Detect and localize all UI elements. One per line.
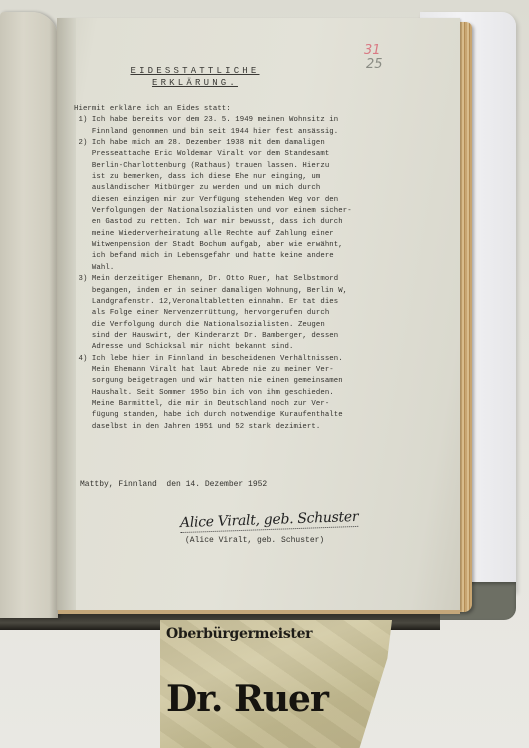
- armband-title: Oberbürgermeister: [166, 626, 312, 642]
- title-line-1: EIDESSTATTLICHE: [116, 65, 274, 77]
- paragraph-4: 4) Ich lebe hier in Finnland in bescheid…: [74, 354, 454, 433]
- place-date-line: Mattby, Finnland den 14. Dezember 1952: [80, 480, 267, 489]
- archive-photo-scene: 31 25 EIDESSTATTLICHE ERKLÄRUNG. Hiermit…: [0, 0, 529, 748]
- title-line-2: ERKLÄRUNG.: [116, 77, 274, 89]
- armband-name: Dr. Ruer: [166, 678, 328, 720]
- typed-signature: (Alice Viralt, geb. Schuster): [185, 536, 324, 545]
- page-bottom-edge: [58, 610, 460, 614]
- affidavit-body: Hiermit erkläre ich an Eides statt: 1) I…: [74, 104, 454, 433]
- paragraph-1: 1) Ich habe bereits vor dem 23. 5. 1949 …: [74, 115, 454, 138]
- paragraph-2: 2) Ich habe mich am 28. Dezember 1938 mi…: [74, 138, 454, 274]
- left-curled-page: [0, 12, 58, 618]
- intro-line: Hiermit erkläre ich an Eides statt:: [74, 104, 454, 115]
- foliation-grey: 25: [366, 58, 383, 72]
- handwritten-signature: Alice Viralt, geb. Schuster: [180, 509, 359, 533]
- document-title: EIDESSTATTLICHE ERKLÄRUNG.: [116, 65, 274, 89]
- foliation-numbers: 31 25: [364, 44, 383, 72]
- paragraph-3: 3) Mein derzeitiger Ehemann, Dr. Otto Ru…: [74, 274, 454, 353]
- affidavit-page: 31 25 EIDESSTATTLICHE ERKLÄRUNG. Hiermit…: [58, 18, 460, 610]
- foliation-red: 31: [364, 43, 381, 58]
- armband: Oberbürgermeister Dr. Ruer: [160, 620, 392, 748]
